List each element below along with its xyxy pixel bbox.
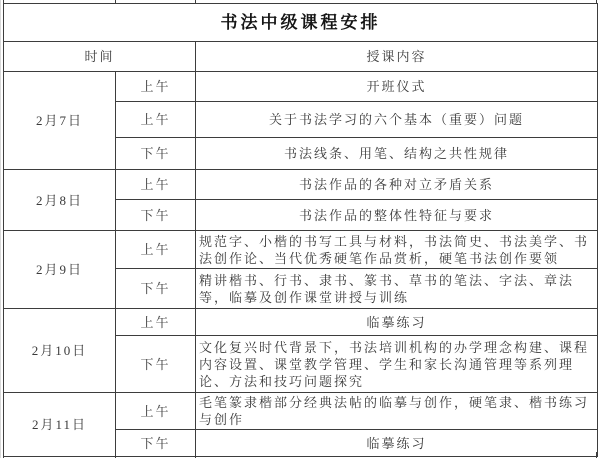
course-schedule-table: 书法中级课程安排 时间 授课内容 2月7日 上午 开班仪式 上午 关于书法学习的… xyxy=(3,3,598,457)
period-cell: 下午 xyxy=(116,200,196,231)
column-header-time: 时间 xyxy=(4,42,196,72)
content-cell: 开班仪式 xyxy=(196,72,598,102)
period-cell: 上午 xyxy=(116,102,196,138)
date-cell: 2月10日 xyxy=(4,309,116,393)
content-cell: 精讲楷书、行书、隶书、篆书、草书的笔法、字法、章法等，临摹及创作课堂讲授与训练 xyxy=(196,269,598,309)
period-cell: 上午 xyxy=(116,309,196,336)
cropped-row-below xyxy=(3,452,597,458)
grid-stub xyxy=(195,452,196,458)
grid-stub xyxy=(3,452,4,458)
content-cell: 关于书法学习的六个基本（重要）问题 xyxy=(196,102,598,138)
content-cell: 临摹练习 xyxy=(196,309,598,336)
content-cell: 书法线条、用笔、结构之共性规律 xyxy=(196,138,598,170)
date-cell: 2月7日 xyxy=(4,72,116,170)
date-cell: 2月11日 xyxy=(4,393,116,457)
content-cell: 规范字、小楷的书写工具与材料，书法简史、书法美学、书法创作论、当代优秀硬笔作品赏… xyxy=(196,231,598,269)
column-header-content: 授课内容 xyxy=(196,42,598,72)
date-cell: 2月8日 xyxy=(4,170,116,231)
content-cell: 书法作品的整体性特征与要求 xyxy=(196,200,598,231)
period-cell: 下午 xyxy=(116,138,196,170)
sheet-edge-gridline xyxy=(0,0,1,458)
period-cell: 上午 xyxy=(116,393,196,430)
period-cell: 上午 xyxy=(116,231,196,269)
screenshot-root: { "title": "书法中级课程安排", "columns": { "tim… xyxy=(0,0,600,458)
period-cell: 上午 xyxy=(116,170,196,200)
content-cell: 书法作品的各种对立矛盾关系 xyxy=(196,170,598,200)
grid-stub xyxy=(115,452,116,458)
content-cell: 毛笔篆隶楷部分经典法帖的临摹与创作，硬笔隶、楷书练习与创作 xyxy=(196,393,598,430)
period-cell: 上午 xyxy=(116,72,196,102)
period-cell: 下午 xyxy=(116,269,196,309)
date-cell: 2月9日 xyxy=(4,231,116,309)
content-cell: 文化复兴时代背景下，书法培训机构的办学理念构建、课程内容设置、课堂教学管理、学生… xyxy=(196,336,598,393)
table-title: 书法中级课程安排 xyxy=(4,4,598,42)
period-cell: 下午 xyxy=(116,336,196,393)
grid-stub xyxy=(596,452,597,458)
